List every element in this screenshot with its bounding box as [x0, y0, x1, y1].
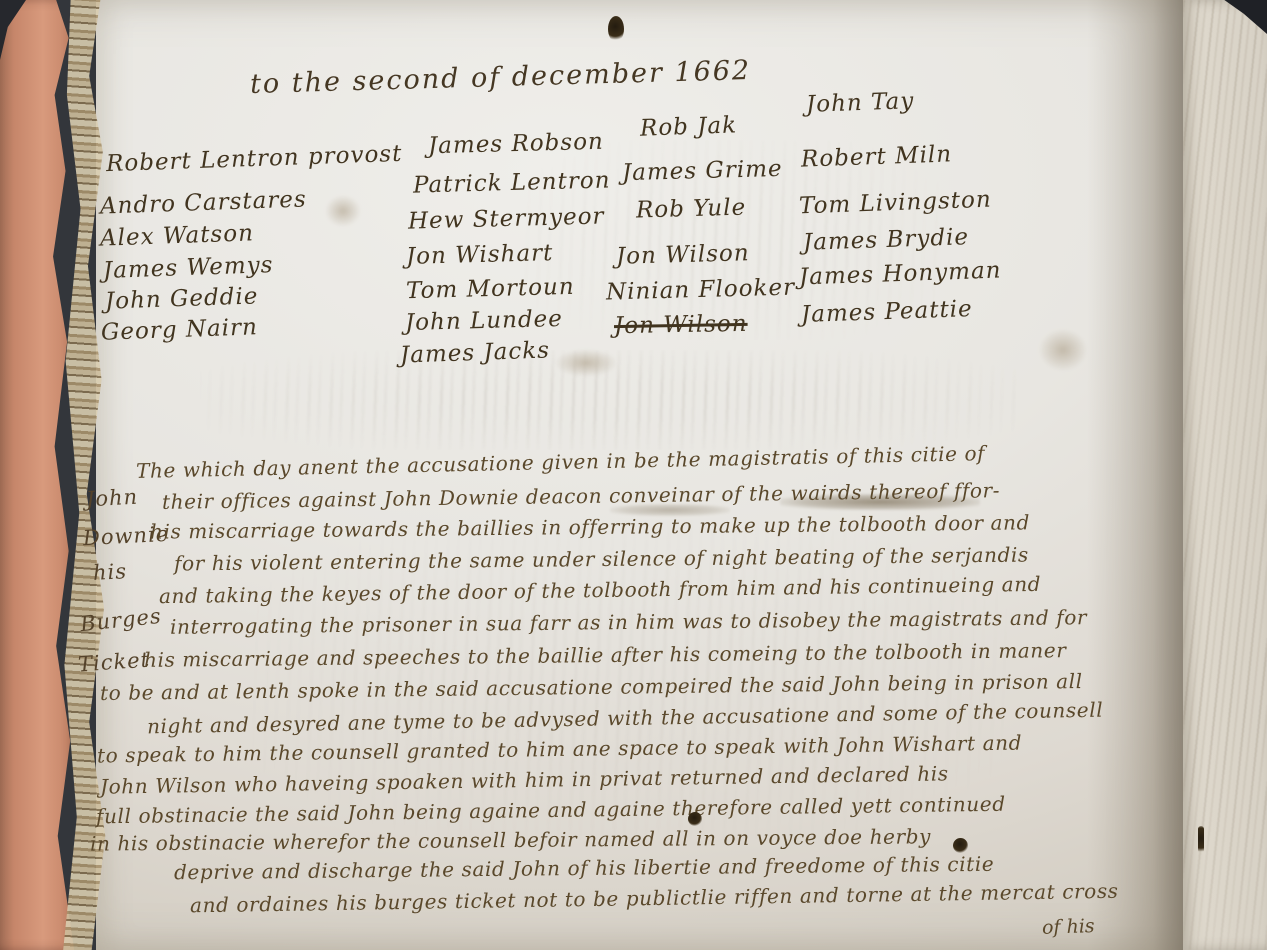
sederunt-name: James Grime: [622, 156, 783, 186]
sederunt-name: John Lundee: [405, 306, 563, 336]
facing-page: [1183, 0, 1267, 950]
sederunt-name: James Robson: [428, 129, 604, 160]
sederunt-name: James Jacks: [400, 337, 551, 368]
manuscript-photo: to the second of december 1662 Robert Le…: [0, 0, 1267, 950]
sederunt-name-struck-through: Jon Wilson: [614, 311, 748, 339]
facing-page-ghost-text: [1183, 0, 1267, 950]
sederunt-name: Georg Nairn: [101, 314, 259, 345]
sederunt-name: Rob Jak: [640, 112, 738, 141]
sederunt-name: Hew Stermyeor: [408, 203, 605, 234]
sederunt-name: Jon Wishart: [406, 240, 554, 270]
sederunt-name: Jon Wilson: [616, 240, 750, 269]
catchword: of his: [1042, 915, 1095, 939]
sederunt-name: Tom Mortoun: [406, 274, 575, 304]
margin-note: John: [85, 485, 138, 512]
sederunt-name: Patrick Lentron: [413, 167, 611, 198]
sederunt-name: Rob Yule: [636, 195, 747, 224]
margin-note: his: [92, 559, 127, 585]
sederunt-name: Alex Watson: [100, 220, 255, 251]
sederunt-name: John Tay: [806, 88, 915, 118]
margin-note: Ticket: [77, 648, 151, 677]
book-binding-spine: [0, 0, 78, 950]
sederunt-name: Robert Miln: [801, 141, 953, 172]
sederunt-name: Ninian Flooker: [606, 275, 796, 306]
sederunt-name: John Geddie: [105, 283, 259, 314]
